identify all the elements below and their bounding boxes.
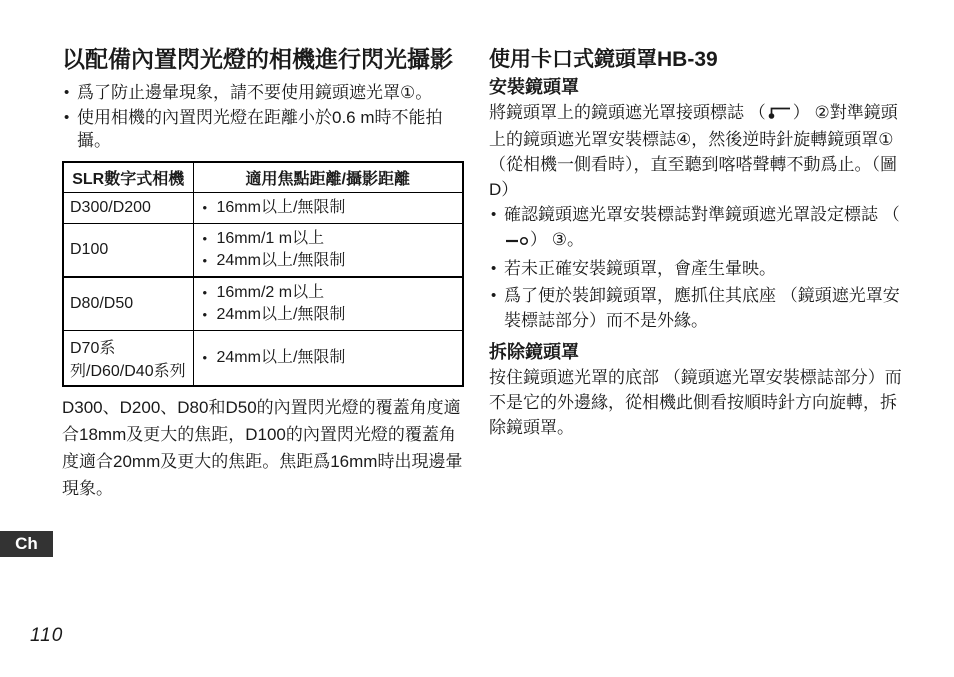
- flash-notes-list: 爲了防止邊暈現象，請不要使用鏡頭遮光罩①。 使用相機的內置閃光燈在距離小於0.6…: [62, 81, 464, 152]
- column-header-camera: SLR數字式相機: [63, 162, 193, 193]
- range-item: 24mm以上/無限制: [200, 250, 457, 272]
- flash-coverage-note: D300、D200、D80和D50的內置閃光燈的覆蓋角度適合18mm及更大的焦距…: [62, 394, 464, 502]
- right-column: 使用卡口式鏡頭罩HB-39 安裝鏡頭罩 將鏡頭罩上的鏡頭遮光罩接頭標誌 （） ②…: [489, 46, 910, 440]
- bullet1-text-after: ） ③。: [530, 230, 584, 249]
- section-heading-flash-photography: 以配備內置閃光燈的相機進行閃光攝影: [62, 44, 464, 74]
- list-item: 爲了防止邊暈現象，請不要使用鏡頭遮光罩①。: [62, 81, 464, 104]
- list-item: 確認鏡頭遮光罩安裝標誌對準鏡頭遮光罩設定標誌 （） ③。: [489, 202, 910, 254]
- camera-compatibility-table: SLR數字式相機 適用焦點距離/攝影距離 D300/D200 16mm以上/無限…: [62, 161, 464, 387]
- language-badge: Ch: [0, 531, 53, 557]
- subheading-detach-hood: 拆除鏡頭罩: [489, 340, 910, 364]
- cell-camera: D300/D200: [63, 193, 193, 224]
- table-row: D70系列/D60/D40系列 24mm以上/無限制: [63, 331, 463, 387]
- table-row: D300/D200 16mm以上/無限制: [63, 193, 463, 224]
- cell-camera: D70系列/D60/D40系列: [63, 331, 193, 387]
- detach-hood-paragraph: 按住鏡頭遮光罩的底部 （鏡頭遮光罩安裝標誌部分）而不是它的外邊緣，從相機此側看按…: [489, 365, 910, 440]
- hood-setting-mark-icon: [505, 232, 529, 251]
- page-number: 110: [30, 625, 63, 647]
- table-header-row: SLR數字式相機 適用焦點距離/攝影距離: [63, 162, 463, 193]
- table-row: D100 16mm/1 m以上 24mm以上/無限制: [63, 224, 463, 278]
- table-row: D80/D50 16mm/2 m以上 24mm以上/無限制: [63, 277, 463, 331]
- cell-range: 24mm以上/無限制: [193, 331, 463, 387]
- range-item: 16mm以上/無限制: [200, 197, 457, 219]
- list-item: 若未正確安裝鏡頭罩，會產生暈映。: [489, 256, 910, 281]
- cell-range: 16mm/2 m以上 24mm以上/無限制: [193, 277, 463, 331]
- manual-page: 以配備內置閃光燈的相機進行閃光攝影 爲了防止邊暈現象，請不要使用鏡頭遮光罩①。 …: [0, 0, 954, 677]
- section-heading-hood-hb39: 使用卡口式鏡頭罩HB-39: [489, 46, 910, 73]
- attach-text-before: 將鏡頭罩上的鏡頭遮光罩接頭標誌 （: [489, 103, 766, 122]
- cell-range: 16mm以上/無限制: [193, 193, 463, 224]
- list-item: 爲了便於裝卸鏡頭罩，應抓住其底座 （鏡頭遮光罩安裝標誌部分）而不是外緣。: [489, 283, 910, 333]
- cell-range: 16mm/1 m以上 24mm以上/無限制: [193, 224, 463, 278]
- subheading-attach-hood: 安裝鏡頭罩: [489, 75, 910, 99]
- list-item: 使用相機的內置閃光燈在距離小於0.6 m時不能拍攝。: [62, 106, 464, 152]
- range-item: 24mm以上/無限制: [200, 304, 457, 326]
- bullet1-text-before: 確認鏡頭遮光罩安裝標誌對準鏡頭遮光罩設定標誌 （: [504, 205, 900, 224]
- attach-notes-list: 確認鏡頭遮光罩安裝標誌對準鏡頭遮光罩設定標誌 （） ③。 若未正確安裝鏡頭罩，會…: [489, 202, 910, 333]
- column-header-range: 適用焦點距離/攝影距離: [193, 162, 463, 193]
- range-item: 16mm/2 m以上: [200, 282, 457, 304]
- hood-attachment-mark-icon: [767, 105, 792, 124]
- range-item: 16mm/1 m以上: [200, 228, 457, 250]
- attach-hood-paragraph: 將鏡頭罩上的鏡頭遮光罩接頭標誌 （） ②對準鏡頭上的鏡頭遮光罩安裝標誌④，然後逆…: [489, 100, 910, 202]
- left-column: 以配備內置閃光燈的相機進行閃光攝影 爲了防止邊暈現象，請不要使用鏡頭遮光罩①。 …: [62, 44, 464, 519]
- cell-camera: D100: [63, 224, 193, 278]
- cell-camera: D80/D50: [63, 277, 193, 331]
- range-item: 24mm以上/無限制: [200, 347, 457, 369]
